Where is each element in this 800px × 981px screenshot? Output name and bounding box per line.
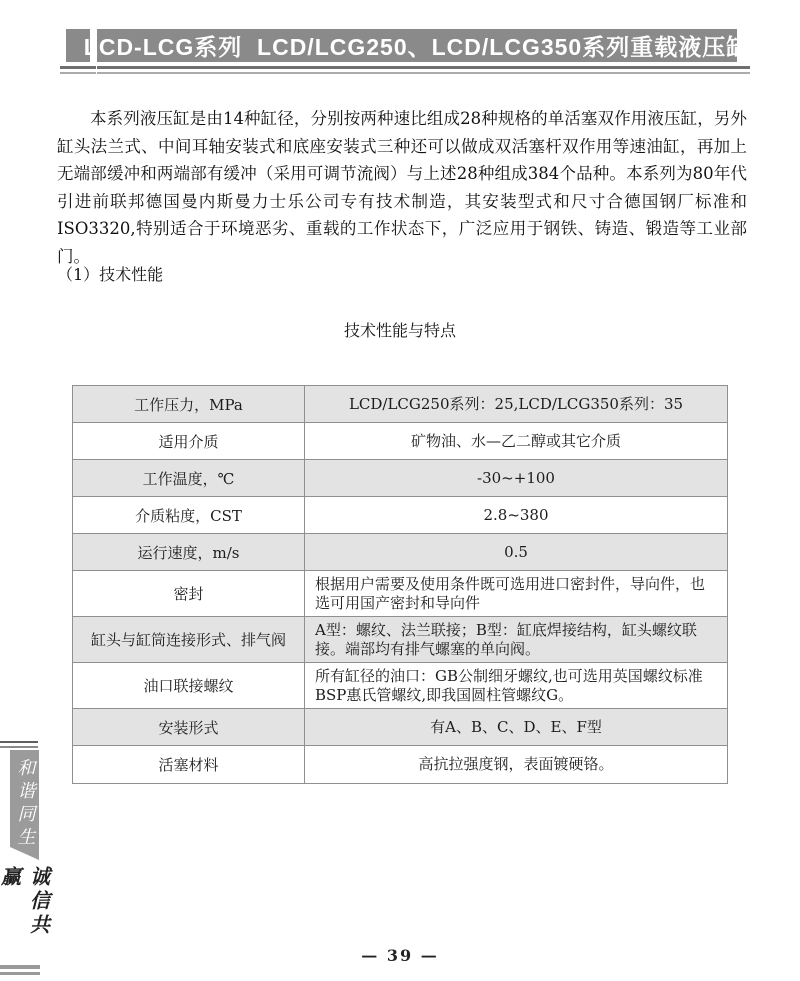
table-title: 技术性能与特点 (72, 318, 728, 341)
title-bar: LCD-LCG系列 LCD/LCG250、LCD/LCG350系列重载液压缸 (97, 29, 737, 62)
sidebar-rule-bottom-2 (0, 972, 40, 975)
row-value: LCD/LCG250系列：25,LCD/LCG350系列：35 (305, 386, 727, 422)
row-label: 工作温度，℃ (73, 460, 305, 496)
sidebar-rule-bottom-1 (0, 965, 40, 969)
row-value: 高抗拉强度钢，表面镀硬铬。 (305, 746, 727, 783)
page-number: — 39 — (0, 946, 800, 965)
row-value: 有A、B、C、D、E、F型 (305, 709, 727, 745)
row-value: 所有缸径的油口：GB公制细牙螺纹,也可选用英国螺纹标准BSP惠氏管螺纹,即我国圆… (305, 663, 727, 708)
page-title: LCD-LCG系列 LCD/LCG250、LCD/LCG350系列重载液压缸 (84, 29, 750, 62)
table-row-sealing: 密封 根据用户需要及使用条件既可选用进口密封件，导向件，也选可用国产密封和导向件 (73, 571, 727, 617)
header-rule-left-top (60, 66, 96, 69)
table-row-head-connection: 缸头与缸筒连接形式、排气阀 A型：螺纹、法兰联接；B型：缸底焊接结构，缸头螺纹联… (73, 617, 727, 663)
row-value: 根据用户需要及使用条件既可选用进口密封件，导向件，也选可用国产密封和导向件 (305, 571, 727, 616)
header-rule-right-bottom (97, 72, 750, 74)
row-label: 密封 (73, 571, 305, 616)
sidebar-ribbon-text: 和谐同生 (12, 750, 38, 860)
row-label: 油口联接螺纹 (73, 663, 305, 708)
sidebar-rule-top-2 (0, 746, 38, 748)
table-row-applicable-medium: 适用介质 矿物油、水—乙二醇或其它介质 (73, 423, 727, 460)
spec-table: 工作压力，MPa LCD/LCG250系列：25,LCD/LCG350系列：35… (72, 385, 728, 784)
table-row-working-pressure: 工作压力，MPa LCD/LCG250系列：25,LCD/LCG350系列：35 (73, 386, 727, 423)
document-page: LCD-LCG系列 LCD/LCG250、LCD/LCG350系列重载液压缸 本… (0, 0, 800, 981)
row-value: 2.8~380 (305, 497, 727, 533)
sidebar-rule-top-1 (0, 741, 38, 743)
header-rule-left-bottom (60, 72, 96, 74)
row-label: 介质粘度，CST (73, 497, 305, 533)
table-row-piston-material: 活塞材料 高抗拉强度钢，表面镀硬铬。 (73, 746, 727, 783)
table-row-running-speed: 运行速度，m/s 0.5 (73, 534, 727, 571)
row-label: 安装形式 (73, 709, 305, 745)
table-row-mounting-type: 安装形式 有A、B、C、D、E、F型 (73, 709, 727, 746)
header-rule-right-top (97, 66, 750, 69)
intro-paragraph: 本系列液压缸是由14种缸径，分别按两种速比组成28种规格的单活塞双作用液压缸，另… (57, 105, 747, 270)
row-label: 活塞材料 (73, 746, 305, 783)
row-value: A型：螺纹、法兰联接；B型：缸底焊接结构，缸头螺纹联接。端部均有排气螺塞的单向阀… (305, 617, 727, 662)
row-value: -30~+100 (305, 460, 727, 496)
row-label: 运行速度，m/s (73, 534, 305, 570)
row-label: 适用介质 (73, 423, 305, 459)
row-label: 工作压力，MPa (73, 386, 305, 422)
table-row-working-temperature: 工作温度，℃ -30~+100 (73, 460, 727, 497)
row-value: 矿物油、水—乙二醇或其它介质 (305, 423, 727, 459)
row-value: 0.5 (305, 534, 727, 570)
table-row-medium-viscosity: 介质粘度，CST 2.8~380 (73, 497, 727, 534)
sidebar-ribbon: 和谐同生 (10, 750, 39, 860)
table-row-port-thread: 油口联接螺纹 所有缸径的油口：GB公制细牙螺纹,也可选用英国螺纹标准BSP惠氏管… (73, 663, 727, 709)
row-label: 缸头与缸筒连接形式、排气阀 (73, 617, 305, 662)
section-heading: （1）技术性能 (57, 262, 163, 285)
